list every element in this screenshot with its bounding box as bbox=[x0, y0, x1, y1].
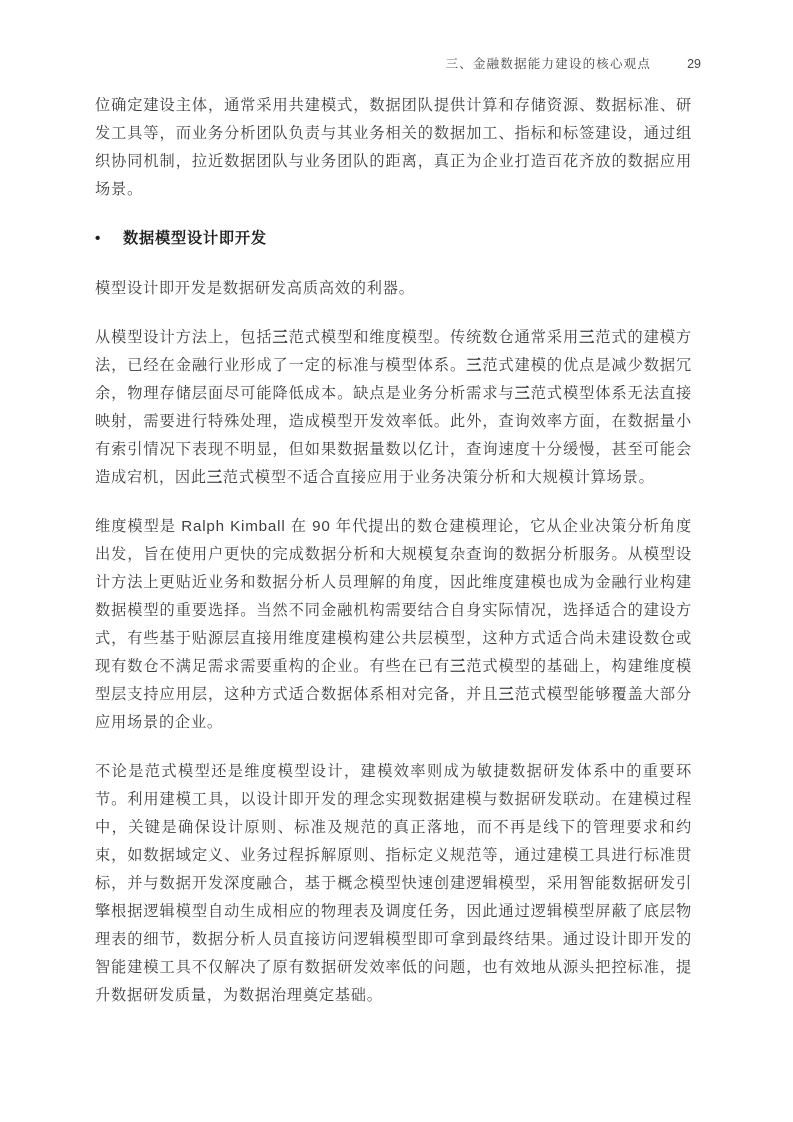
bullet-icon: • bbox=[95, 225, 123, 253]
heading-text: 数据模型设计即开发 bbox=[123, 225, 267, 253]
bullet-heading: • 数据模型设计即开发 bbox=[95, 225, 692, 253]
paragraph-dimensional-model: 维度模型是 Ralph Kimball 在 90 年代提出的数仓建模理论，它从企… bbox=[95, 513, 692, 737]
page-header: 三、金融数据能力建设的核心观点29 bbox=[95, 54, 701, 72]
running-head-section-title: 三、金融数据能力建设的核心观点 bbox=[446, 57, 652, 71]
paragraph-modeling-efficiency: 不论是范式模型还是维度模型设计，建模效率则成为敏捷数据研发体系中的重要环节。利用… bbox=[95, 758, 692, 1010]
document-body: 位确定建设主体，通常采用共建模式，数据团队提供计算和存储资源、数据标准、研发工具… bbox=[95, 92, 692, 1010]
page-number: 29 bbox=[687, 57, 701, 71]
paragraph-third-normal-form: 从模型设计方法上，包括三范式模型和维度模型。传统数仓通常采用三范式的建模方法，已… bbox=[95, 324, 692, 492]
document-page: 三、金融数据能力建设的核心观点29 位确定建设主体，通常采用共建模式，数据团队提… bbox=[0, 0, 793, 1122]
paragraph-intro: 模型设计即开发是数据研发高质高效的利器。 bbox=[95, 275, 692, 303]
paragraph-build-mode: 位确定建设主体，通常采用共建模式，数据团队提供计算和存储资源、数据标准、研发工具… bbox=[95, 92, 692, 204]
